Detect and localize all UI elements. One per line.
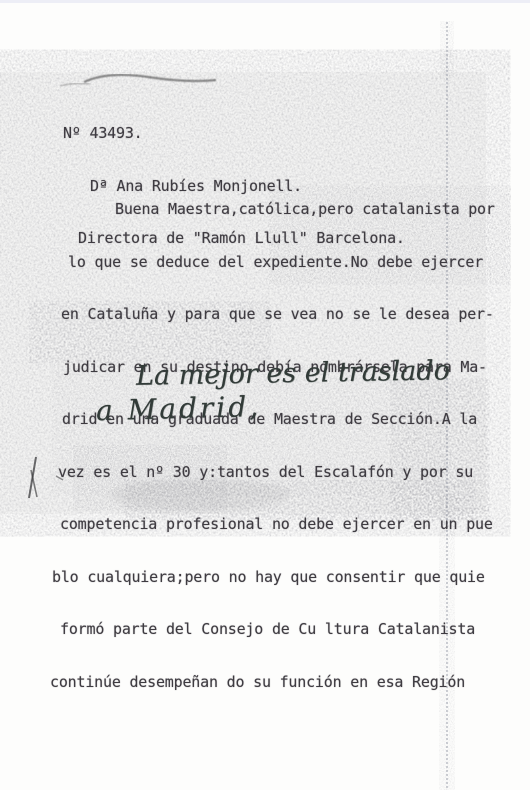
handwritten-note-line1: La mejor es el traslado bbox=[136, 355, 450, 391]
document-body: Buena Maestra,católica,pero catalanista … bbox=[0, 166, 495, 726]
scanned-document-page: Nº 43493. Dª Ana Rubíes Monjonell. Direc… bbox=[0, 0, 530, 790]
typed-line: en Cataluña y para que se vea no se le d… bbox=[61, 306, 495, 324]
typed-line: competencia profesional no debe ejercer … bbox=[60, 516, 495, 534]
typed-line: vez es el nº 30 y:tantos del Escalafón y… bbox=[58, 464, 495, 482]
typed-line: Buena Maestra,católica,pero catalanista … bbox=[115, 201, 495, 219]
handwritten-note-line2: a Madrid, bbox=[96, 390, 262, 427]
typed-line: lo que se deduce del expediente.No debe … bbox=[68, 254, 495, 272]
smudge-streak bbox=[84, 75, 216, 82]
typed-line: formó parte del Consejo de Cu ltura Cata… bbox=[60, 621, 495, 639]
scanner-edge-strip bbox=[0, 0, 530, 3]
document-number: Nº 43493. bbox=[63, 125, 405, 143]
typed-line: continúe desempeñan do su función en esa… bbox=[50, 674, 495, 692]
typed-line: blo cualquiera;pero no hay que consentir… bbox=[52, 569, 495, 587]
